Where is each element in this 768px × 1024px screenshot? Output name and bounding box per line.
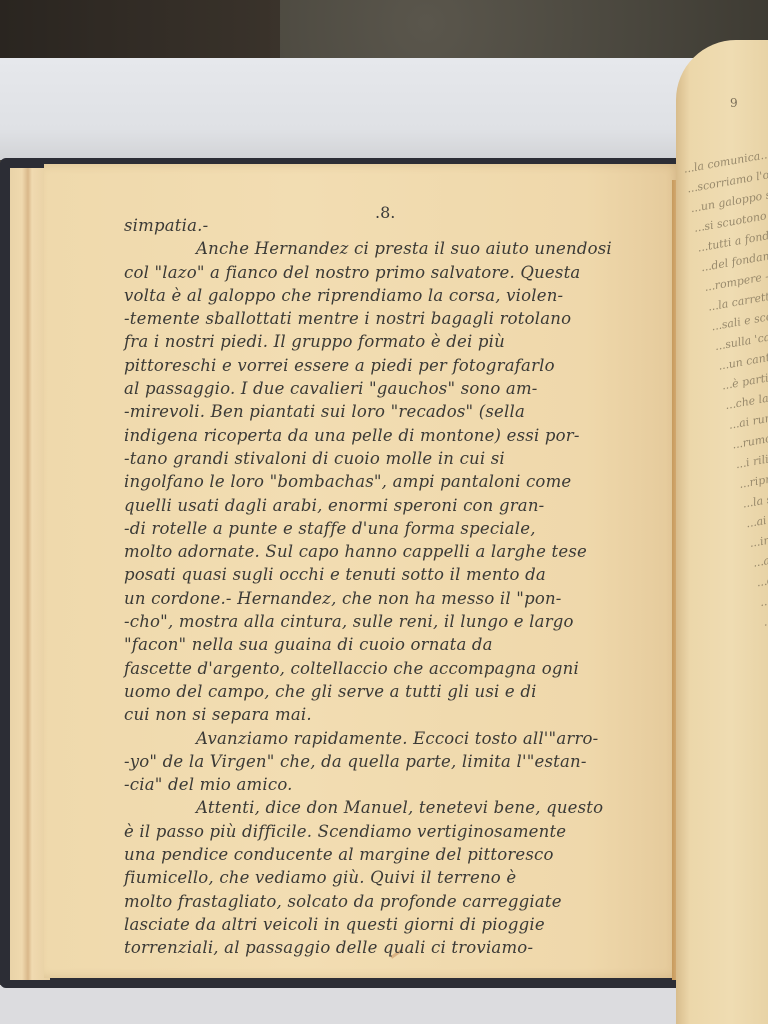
backdrop-white-sheet-bottom (0, 985, 700, 1024)
manuscript-line: cui non si separa mai. (124, 703, 664, 726)
manuscript-line: -tano grandi stivaloni di cuoio molle in… (124, 447, 664, 470)
manuscript-line: quelli usati dagli arabi, enormi speroni… (124, 494, 664, 517)
manuscript-line: Attenti, dice don Manuel, tenetevi bene,… (124, 796, 664, 819)
manuscript-line: -cia" del mio amico. (124, 773, 664, 796)
manuscript-line: posati quasi sugli occhi e tenuti sotto … (124, 563, 664, 586)
facing-page: 9 ...la comunica......scorriamo l'orizzo… (676, 40, 768, 1024)
manuscript-line: fascette d'argento, coltellaccio che acc… (124, 657, 664, 680)
manuscript-line: -di rotelle a punte e staffe d'una forma… (124, 517, 664, 540)
background-stone-surface (280, 0, 768, 58)
manuscript-line: col "lazo" a fianco del nostro primo sal… (124, 261, 664, 284)
manuscript-line: fiumicello, che vediamo giù. Quivi il te… (124, 866, 664, 889)
manuscript-line: volta è al galoppo che riprendiamo la co… (124, 284, 664, 307)
manuscript-line: al passaggio. I due cavalieri "gauchos" … (124, 377, 664, 400)
facing-page-number: 9 (730, 96, 738, 110)
manuscript-line: una pendice conducente al margine del pi… (124, 843, 664, 866)
background-dark-surface (0, 0, 280, 62)
backdrop-white-sheet (0, 58, 730, 160)
manuscript-line: pittoreschi e vorrei essere a piedi per … (124, 354, 664, 377)
manuscript-line: lasciate da altri veicoli in questi gior… (124, 913, 664, 936)
manuscript-line: Anche Hernandez ci presta il suo aiuto u… (124, 237, 664, 260)
manuscript-line: molto adornate. Sul capo hanno cappelli … (124, 540, 664, 563)
manuscript-line: -cho", mostra alla cintura, sulle reni, … (124, 610, 664, 633)
manuscript-line: uomo del campo, che gli serve a tutti gl… (124, 680, 664, 703)
manuscript-line: Avanziamo rapidamente. Eccoci tosto all'… (124, 727, 664, 750)
manuscript-line: è il passo più difficile. Scendiamo vert… (124, 820, 664, 843)
handwritten-text-block: simpatia.-Anche Hernandez ci presta il s… (124, 214, 664, 960)
manuscript-line: ingolfano le loro "bombachas", ampi pant… (124, 470, 664, 493)
manuscript-line: "facon" nella sua guaina di cuoio ornata… (124, 633, 664, 656)
manuscript-line: -mirevoli. Ben piantati sui loro "recado… (124, 400, 664, 423)
facing-page-text: ...la comunica......scorriamo l'orizzont… (682, 125, 768, 770)
manuscript-line: torrenziali, al passaggio delle quali ci… (124, 936, 664, 959)
manuscript-line: -yo" de la Virgen" che, da quella parte,… (124, 750, 664, 773)
manuscript-line: indigena ricoperta da una pelle di monto… (124, 424, 664, 447)
manuscript-line: un cordone.- Hernandez, che non ha messo… (124, 587, 664, 610)
manuscript-line: molto frastagliato, solcato da profonde … (124, 890, 664, 913)
manuscript-line: simpatia.- (124, 214, 664, 237)
manuscript-line: -temente sballottati mentre i nostri bag… (124, 307, 664, 330)
manuscript-line: fra i nostri piedi. Il gruppo formato è … (124, 330, 664, 353)
